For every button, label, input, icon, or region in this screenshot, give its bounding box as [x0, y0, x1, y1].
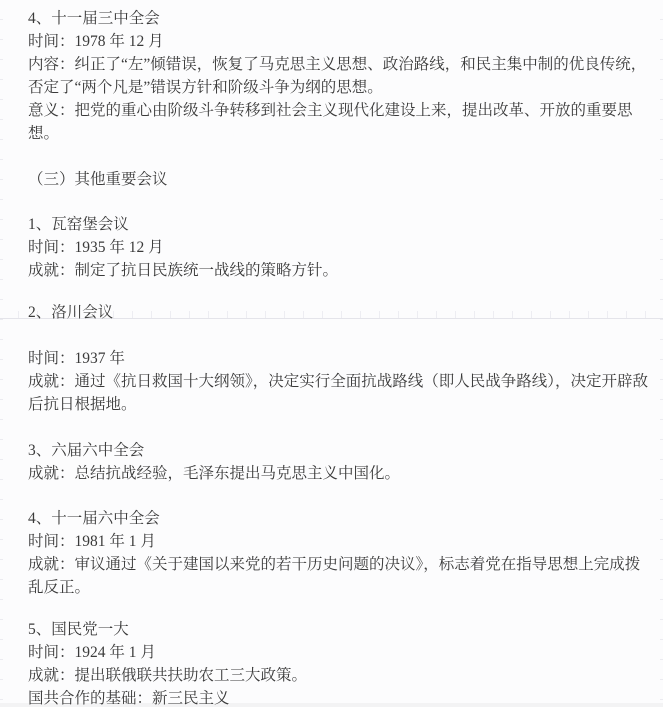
left-edge-grid-ticks [0, 0, 3, 707]
meeting-content: 内容：纠正了“左”倾错误，恢复了马克思主义思想、政治路线，和民主集中制的优良传统… [28, 53, 650, 99]
meeting-title: 5、国民党一大 [28, 618, 650, 641]
meeting-title: 2、洛川会议 [28, 301, 650, 324]
meeting-title: 4、十一届六中全会 [28, 507, 650, 530]
meeting-title: 1、瓦窑堡会议 [28, 213, 650, 236]
meeting-time: 时间：1935 年 12 月 [28, 236, 650, 259]
heading-other-important-meetings: （三）其他重要会议 [28, 168, 650, 191]
section-luochuan-meeting: 2、洛川会议 时间：1937 年 成就：通过《抗日救国十大纲领》，决定实行全面抗… [28, 301, 650, 416]
meeting-achievement: 成就：总结抗战经验，毛泽东提出马克思主义中国化。 [28, 462, 650, 485]
section-wayaobao-meeting: 1、瓦窑堡会议 时间：1935 年 12 月 成就：制定了抗日民族统一战线的策略… [28, 213, 650, 282]
section-kmt-first-congress: 5、国民党一大 时间：1924 年 1 月 成就：提出联俄联共扶助农工三大政策。… [28, 618, 650, 707]
section-sixth-plenary-11th-cc: 4、十一届六中全会 时间：1981 年 1 月 成就：审议通过《关于建国以来党的… [28, 507, 650, 599]
cooperation-basis: 国共合作的基础：新三民主义 [28, 687, 650, 707]
meeting-achievement: 成就：审议通过《关于建国以来党的若干历史问题的决议》，标志着党在指导思想上完成拨… [28, 553, 650, 599]
meeting-meaning: 意义：把党的重心由阶级斗争转移到社会主义现代化建设上来，提出改革、开放的重要思想… [28, 99, 650, 145]
meeting-time: 时间：1978 年 12 月 [28, 30, 650, 53]
meeting-time: 时间：1924 年 1 月 [28, 641, 650, 664]
meeting-achievement: 成就：制定了抗日民族统一战线的策略方针。 [28, 259, 650, 282]
meeting-time: 时间：1937 年 [28, 347, 650, 370]
meeting-title: 4、十一届三中全会 [28, 7, 650, 30]
section-sixth-plenary-6th-cc: 3、六届六中全会 成就：总结抗战经验，毛泽东提出马克思主义中国化。 [28, 439, 650, 485]
meeting-achievement: 成就：通过《抗日救国十大纲领》，决定实行全面抗战路线（即人民战争路线），决定开辟… [28, 370, 650, 416]
document-content: 4、十一届三中全会 时间：1978 年 12 月 内容：纠正了“左”倾错误，恢复… [28, 7, 650, 707]
meeting-achievement: 成就：提出联俄联共扶助农工三大政策。 [28, 664, 650, 687]
meeting-time: 时间：1981 年 1 月 [28, 530, 650, 553]
meeting-title: 3、六届六中全会 [28, 439, 650, 462]
section-third-plenary-11th-cc: 4、十一届三中全会 时间：1978 年 12 月 内容：纠正了“左”倾错误，恢复… [28, 7, 650, 145]
